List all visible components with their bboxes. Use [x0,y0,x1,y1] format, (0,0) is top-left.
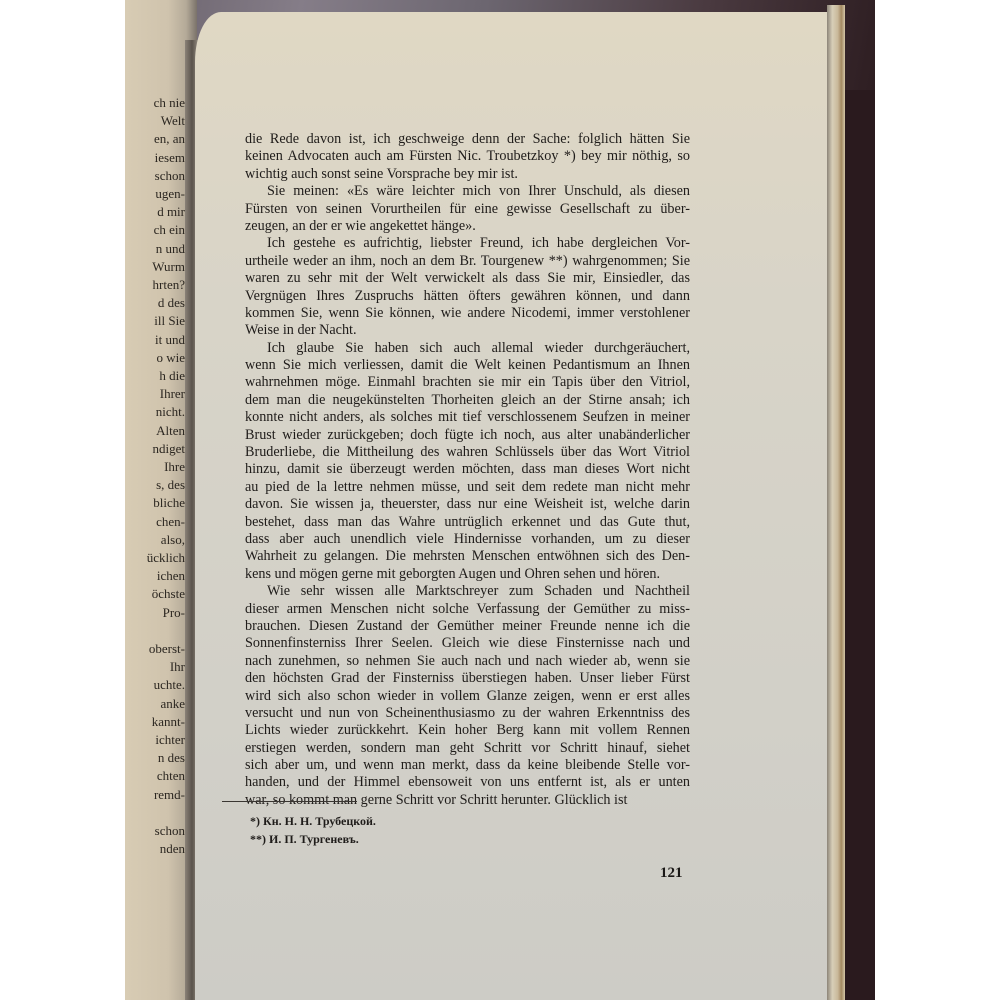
left-page-text-fragment: ch nie [154,95,185,111]
text-line: Brust wieder zurückgeben; doch fügte ich… [245,427,690,444]
text-line: kens und mögen gerne mit geborgten Augen… [245,566,690,583]
left-page-text-fragment: o wie [156,350,185,366]
left-page-text-fragment: Welt [161,113,185,129]
left-page-text-fragment: hrten? [153,277,185,293]
left-page-text-fragment: h die [159,368,185,384]
left-page-text-fragment: nden [160,841,185,857]
text-line: keinen Advocaten auch am Fürsten Nic. Tr… [245,148,690,165]
text-line: den höchsten Grad der Finsterniss überst… [245,670,690,687]
text-line: hinzu, damit sie überzeugt werden möchte… [245,461,690,478]
text-line: brauchen. Diesen Zustand der Gemüther me… [245,618,690,635]
left-page-text-fragment: also, [161,532,185,548]
text-line: bestehet, dass man das Wahre untrüglich … [245,514,690,531]
text-line: erstiegen werden, sondern man geht Schri… [245,740,690,757]
left-page-text-fragment: en, an [154,131,185,147]
text-line: dem man die neugekünstelten Thorheiten g… [245,392,690,409]
text-line: wird sich also schon wieder in vollem Gl… [245,688,690,705]
text-line: Ich gestehe es aufrichtig, liebster Freu… [245,235,690,252]
text-line: kommen Sie, wenn Sie können, wie andere … [245,305,690,322]
text-line: Sie meinen: «Es wäre leichter mich von I… [245,183,690,200]
left-page-text-fragment: ugen- [155,186,185,202]
page-number: 121 [660,865,683,882]
left-page-text-fragment: schon [155,823,185,839]
left-page-text-fragment: anke [160,696,185,712]
text-line: wahrnehmen möge. Einmahl brachten sie mi… [245,374,690,391]
left-page-text-fragment: ichter [155,732,185,748]
text-line: versucht und nun von Scheinenthusiasmo z… [245,705,690,722]
text-line: zeugen, an der er wie angekettet hänge». [245,218,690,235]
left-page-text-fragment: iesem [155,150,185,166]
text-line: Ich glaube Sie haben sich auch allemal w… [245,340,690,357]
left-page-text-fragment: d mir [157,204,185,220]
footnotes: *) Кн. Н. Н. Трубецкой. **) И. П. Турген… [250,812,376,848]
footnote-2: **) И. П. Тургеневъ. [250,830,376,848]
left-page-text-fragment: Ihre [164,459,185,475]
left-page-text-fragment: ücklich [147,550,185,566]
left-page-text-fragment: s, des [156,477,185,493]
left-page-text-fragment: ichen [157,568,185,584]
text-line: au pied de la lettre nehmen müsse, und s… [245,479,690,496]
left-page-text-fragment: uchte. [154,677,185,693]
left-page-text-fragment: nicht. [156,404,185,420]
left-page-text-fragment: n und [156,241,185,257]
text-line: Sonnenfinsterniss Ihrer Seelen. Gleich w… [245,635,690,652]
text-line: nach zunehmen, so nehmen Sie auch nach u… [245,653,690,670]
left-page-text-fragment: kannt- [152,714,185,730]
left-page-text-fragment: Ihrer [160,386,185,402]
left-page-text-fragment: Alten [156,423,185,439]
text-line: waren zu sehr mit der Welt verwickelt al… [245,270,690,287]
text-line: davon. Sie wissen ja, theuerster, dass n… [245,496,690,513]
text-line: sich aber um, und wenn man merkt, dass d… [245,757,690,774]
left-page-text-fragment: bliche [153,495,185,511]
left-page-text-fragment: oberst- [149,641,185,657]
text-line: urtheile weder an ihm, noch an dem Br. T… [245,253,690,270]
footnote-1: *) Кн. Н. Н. Трубецкой. [250,812,376,830]
left-page-text-fragment: chten [157,768,185,784]
left-page-text-fragment: n des [158,750,185,766]
left-page-text-fragment: schon [155,168,185,184]
text-line: die Rede davon ist, ich geschweige denn … [245,131,690,148]
left-page-text-fragment: remd- [154,787,185,803]
footnote-divider [222,801,357,802]
text-line: dieser armen Menschen nicht solche Verfa… [245,601,690,618]
left-page-text-fragment: chen- [156,514,185,530]
left-page-text-fragment: Wurm [152,259,185,275]
text-line: dass aber auch unendlich viele Hindernis… [245,531,690,548]
left-page-text-fragment: d des [158,295,185,311]
text-line: Vergnügen Ihres Zuspruchs hätten öfters … [245,288,690,305]
text-line: wenn Sie mich verliessen, damit die Welt… [245,357,690,374]
left-page-text-fragment: ndiget [153,441,186,457]
text-line: Weise in der Nacht. [245,322,690,339]
text-line: Lichts wieder zurückkehrt. Kein hoher Be… [245,722,690,739]
text-line: Fürsten von seinen Vorurtheilen für eine… [245,201,690,218]
page-body-text: die Rede davon ist, ich geschweige denn … [245,131,690,809]
left-page-text-fragment: it und [155,332,185,348]
left-page-text-fragment: ch ein [154,222,185,238]
text-line: Wie sehr wissen alle Marktschreyer zum S… [245,583,690,600]
left-page-text-fragment: ill Sie [154,313,185,329]
text-line: Bruderliebe, die Mittheilung des wahren … [245,444,690,461]
page-edge [827,5,845,1000]
text-line: Wahrheit zu gelangen. Die mehrsten Mensc… [245,548,690,565]
left-page-text-fragment: Ihr [170,659,185,675]
left-page-text-fragment: öchste [152,586,185,602]
left-page-text-fragment: Pro- [163,605,185,621]
text-line: konnte nicht anders, als solches mit tie… [245,409,690,426]
text-line: handen, und der Himmel ebensoweit von un… [245,774,690,791]
text-line: wichtig auch sonst seine Vorsprache bey … [245,166,690,183]
